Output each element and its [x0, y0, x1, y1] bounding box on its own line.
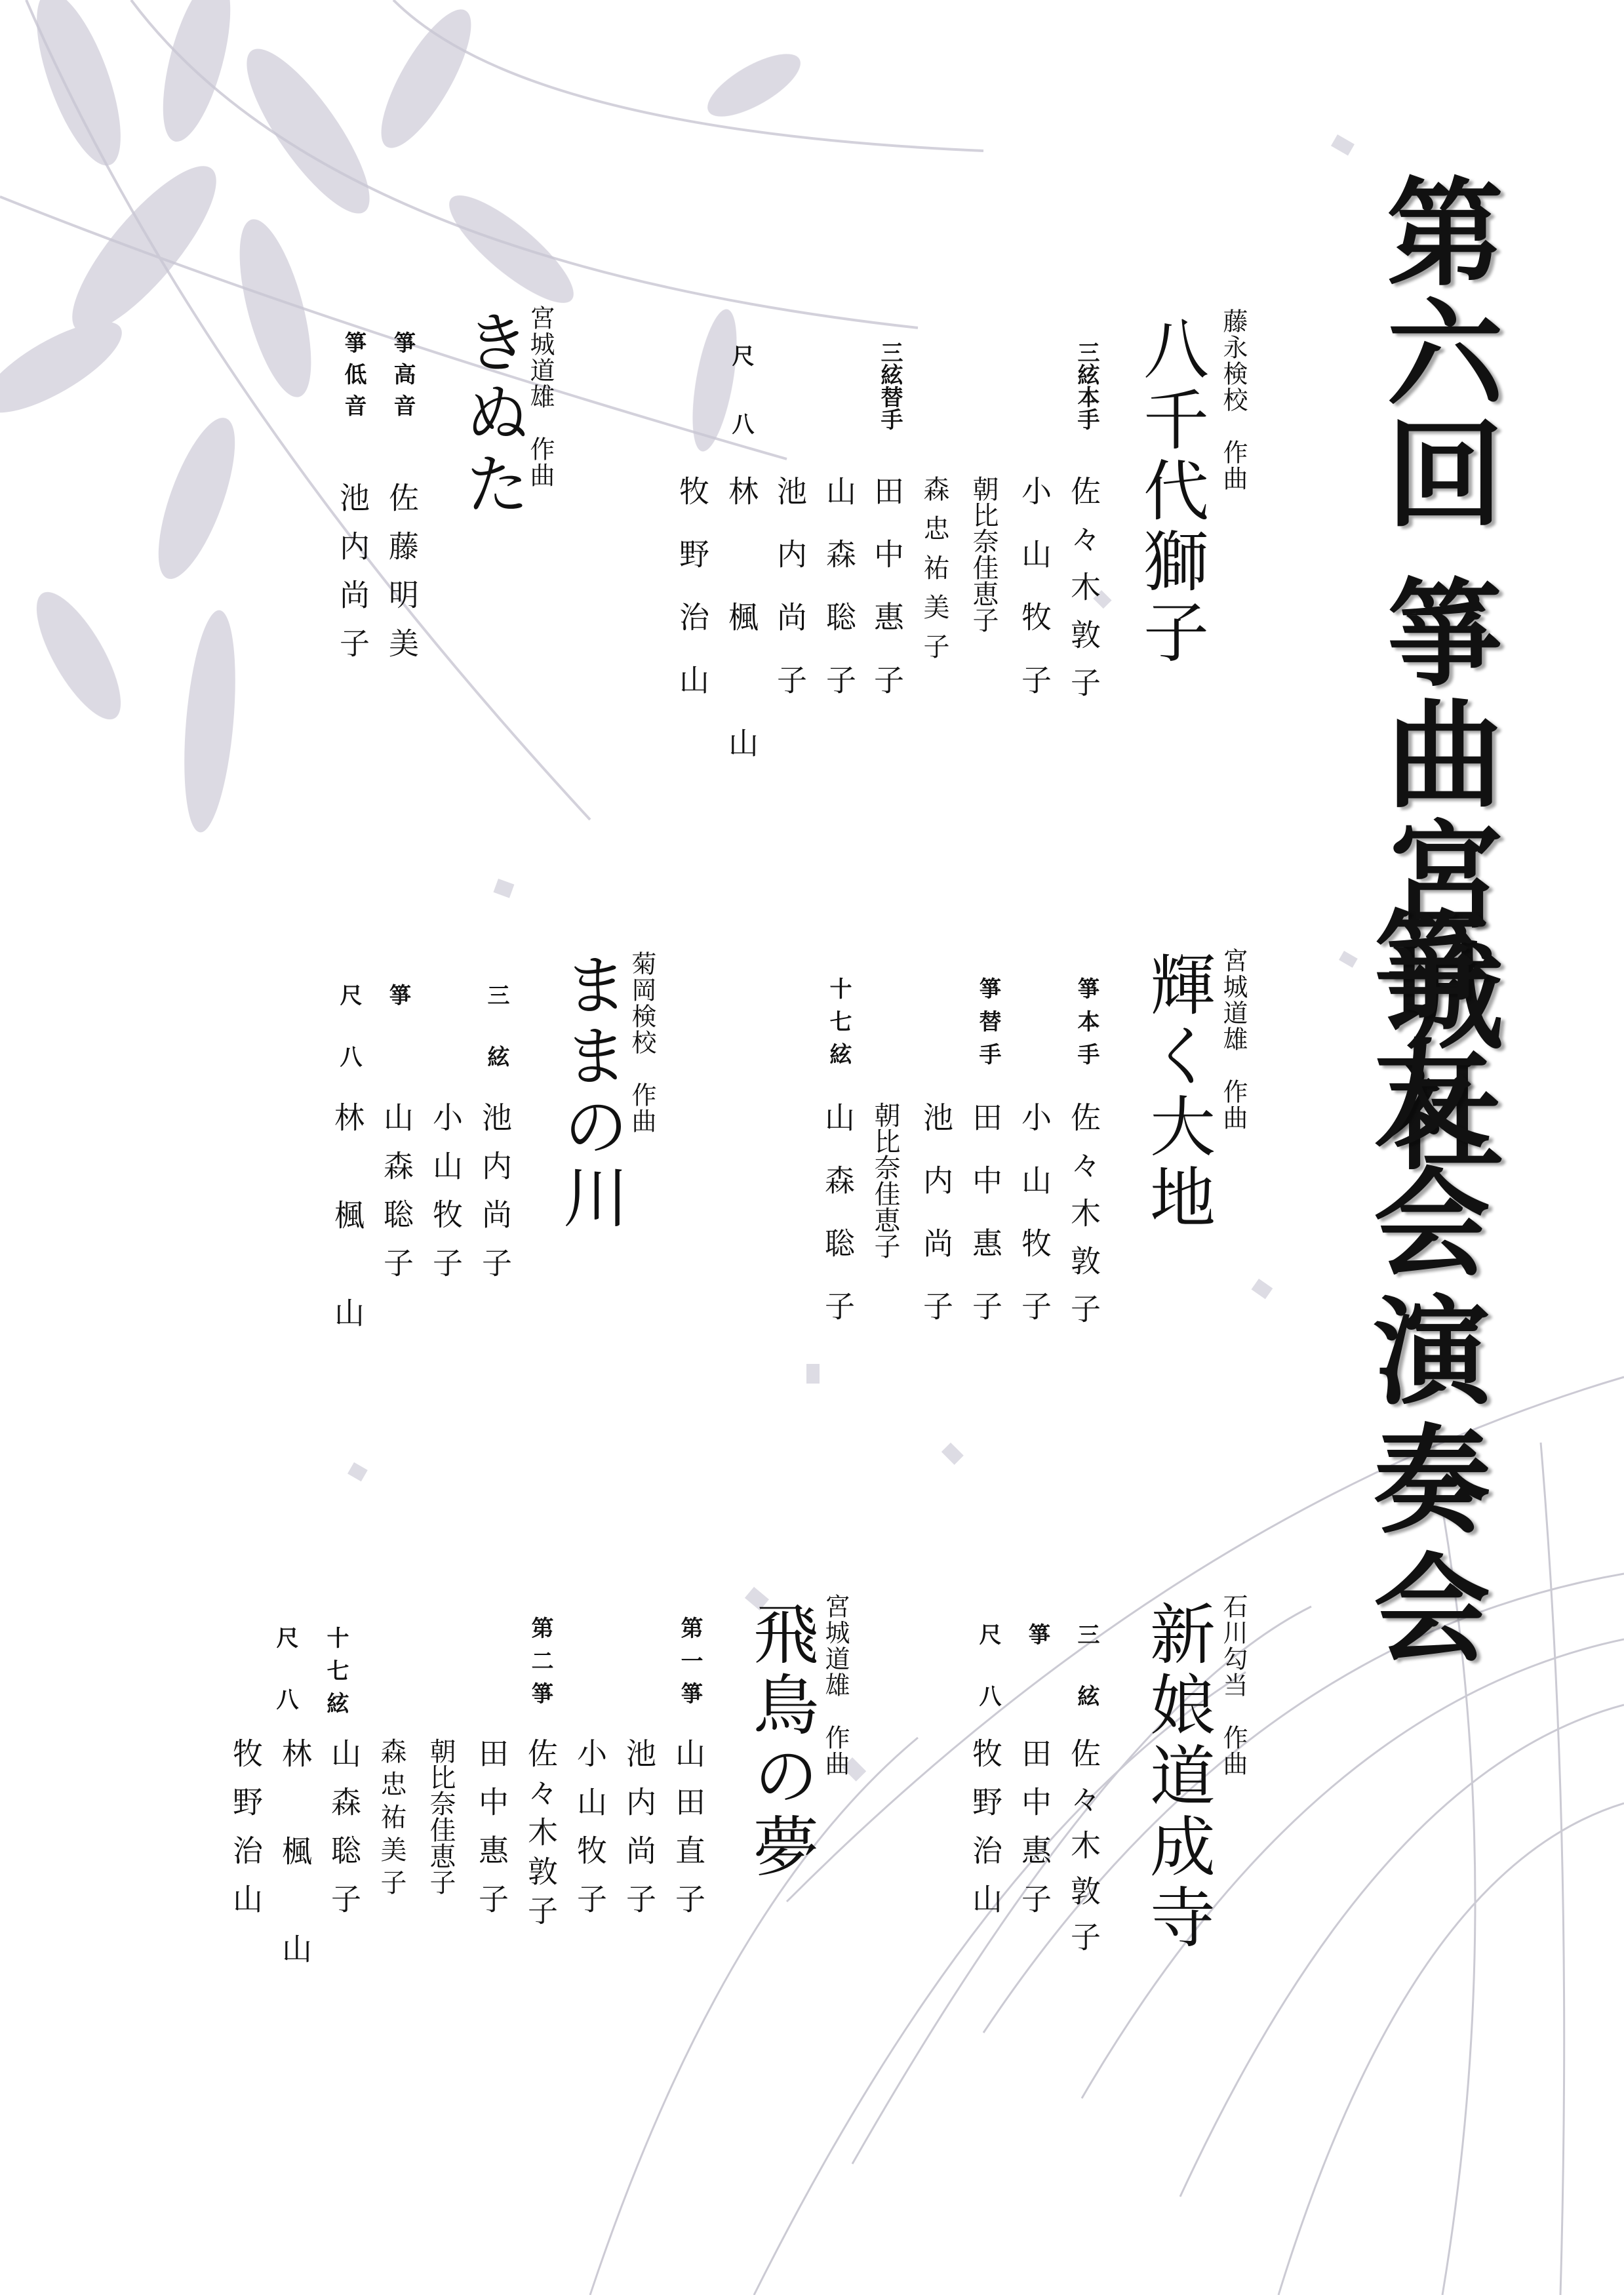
piece-title: きぬた [459, 308, 525, 521]
performer-name: 池内尚子 [775, 475, 805, 727]
performer-name: 林楓山 [280, 1738, 310, 2031]
role-label: 三絃替手 [879, 341, 901, 430]
performer-name: 佐々木敦子 [1069, 475, 1099, 715]
performer-name: 池内尚子 [624, 1738, 654, 1932]
composer: 宮城道雄作曲 [823, 1593, 848, 1777]
role-label: 十七絃 [325, 1626, 347, 1725]
role-label: 第一箏 [679, 1616, 701, 1715]
performer-name: 森忠祐美子 [378, 1738, 405, 1902]
performer-name: 佐々木敦子 [1069, 1102, 1099, 1341]
performer-name: 佐藤明美 [387, 482, 417, 676]
performer-name: 池内尚子 [480, 1102, 510, 1296]
role-label: 箏替手 [977, 977, 999, 1075]
performer-name: 朝比奈佳恵子 [970, 475, 997, 633]
role-label: 箏 [387, 984, 409, 1006]
role-label: 第二箏 [529, 1616, 551, 1715]
performer-name: 佐々木敦子 [526, 1738, 556, 1934]
role-label: 箏本手 [1075, 977, 1098, 1075]
performer-name: 池内尚子 [338, 482, 368, 676]
performer-name: 田中惠子 [970, 1102, 1000, 1353]
role-label: 尺八 [338, 984, 360, 1107]
role-label: 尺八 [730, 344, 752, 481]
composer: 菊岡検校作曲 [629, 951, 654, 1134]
performer-name: 小山牧子 [431, 1102, 461, 1296]
role-label: 箏高音 [391, 331, 414, 426]
performer-name: 小山牧子 [1020, 475, 1050, 727]
role-label: 十七絃 [827, 977, 850, 1075]
performer-name: 小山牧子 [1020, 1102, 1050, 1353]
performer-name: 田中惠子 [1020, 1738, 1050, 1932]
performer-name: 田中惠子 [477, 1738, 507, 1932]
role-label: 箏 [1026, 1623, 1048, 1645]
piece-title: ままの川 [557, 951, 623, 1234]
main-title-line2: 箏友会演奏会 [1364, 905, 1480, 1676]
composer: 石川勾当作曲 [1221, 1593, 1246, 1777]
performer-name: 牧野治山 [231, 1738, 261, 1932]
performer-name: 田中惠子 [872, 475, 902, 727]
title-edition: 第六回 [1367, 172, 1504, 534]
performer-name: 朝比奈佳恵子 [872, 1102, 898, 1259]
performer-name: 林楓山 [726, 475, 757, 853]
role-label: 尺八 [274, 1626, 296, 1749]
performer-name: 池内尚子 [921, 1102, 951, 1353]
role-label: 箏低音 [342, 331, 365, 426]
performer-name: 森忠祐美子 [921, 475, 947, 672]
composer: 宮城道雄作曲 [528, 305, 553, 489]
performer-name: 小山牧子 [575, 1738, 605, 1932]
role-label: 三絃 [485, 984, 507, 1107]
composer: 宮城道雄作曲 [1221, 948, 1246, 1131]
performer-name: 山森聡子 [329, 1738, 359, 1932]
performer-name: 山森聡子 [382, 1102, 412, 1296]
performer-name: 牧野治山 [677, 475, 707, 727]
composer: 藤永検校作曲 [1221, 308, 1246, 492]
performer-name: 佐々木敦子 [1069, 1738, 1099, 1967]
piece-title: 飛鳥の夢 [747, 1600, 813, 1883]
performer-name: 山森聡子 [823, 1102, 853, 1353]
role-label: 三絃本手 [1075, 341, 1098, 430]
piece-title: 新娘道成寺 [1144, 1600, 1210, 1954]
piece-title: 八千代獅子 [1138, 315, 1203, 669]
role-label: 尺八 [977, 1623, 999, 1746]
performer-name: 牧野治山 [970, 1738, 1000, 1932]
piece-title: 輝く大地 [1144, 951, 1210, 1234]
performer-name: 山田直子 [673, 1738, 703, 1932]
performer-name: 山森聡子 [824, 475, 854, 727]
role-label: 三絃 [1075, 1623, 1098, 1746]
performer-name: 朝比奈佳恵子 [427, 1738, 454, 1895]
performer-name: 林楓山 [332, 1102, 363, 1395]
